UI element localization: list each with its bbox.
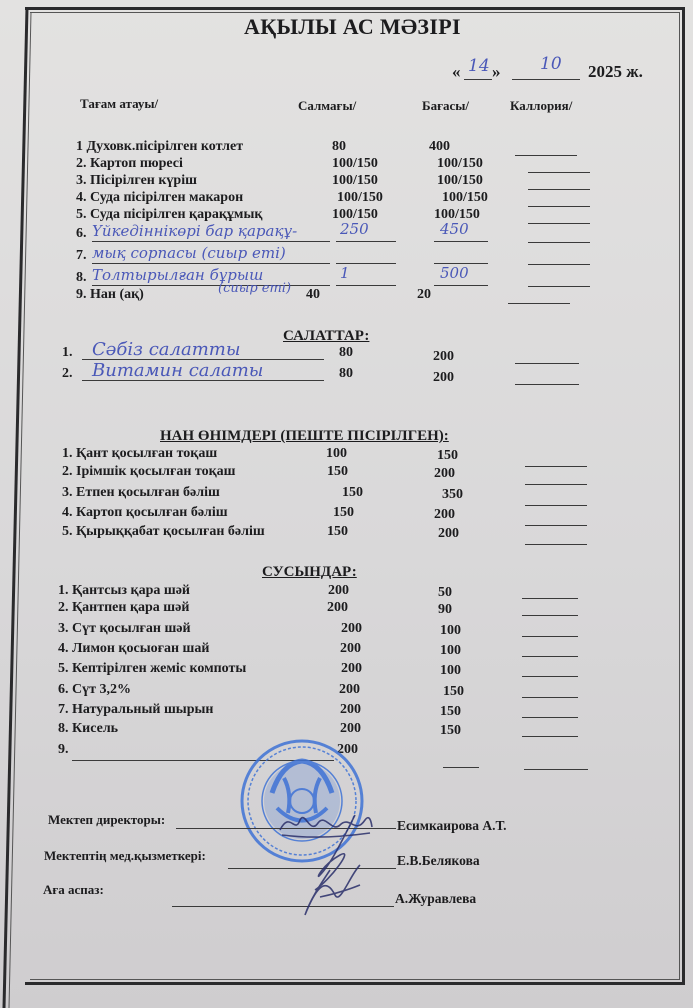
dish-price: 100/150 <box>437 173 483 189</box>
calories-blank <box>522 656 578 657</box>
calories-blank <box>528 189 590 190</box>
dish-number: 8. <box>76 270 87 286</box>
drink-name: 9. <box>58 742 69 758</box>
dish-name: 5. Суда пісірілген қарақұмық <box>76 207 262 223</box>
dish-weight: 100/150 <box>332 156 378 172</box>
calories-blank <box>522 676 578 677</box>
dish-note-handwritten: (сиыр еті) <box>218 281 291 296</box>
dish-price: 20 <box>417 287 431 303</box>
calories-blank <box>528 206 590 207</box>
calories-blank <box>528 223 590 224</box>
drink-weight: 200 <box>339 682 360 698</box>
salad-price: 200 <box>433 370 454 386</box>
column-header-name: Тағам атауы/ <box>80 96 158 112</box>
bakery-price: 200 <box>438 526 459 542</box>
dish-name: 4. Суда пісірілген макарон <box>76 190 243 206</box>
date-open-quote: « <box>452 62 461 82</box>
bakery-name: 1. Қант қосылған тоқаш <box>62 446 217 462</box>
calories-blank <box>522 615 578 616</box>
calories-blank <box>528 242 590 243</box>
calories-blank <box>522 697 578 698</box>
dish-name-handwritten: мық сорпасы (сиыр еті) <box>92 244 286 262</box>
date-day: 14 <box>468 56 490 76</box>
section-title-bakery: НАН ӨНІМДЕРІ (ПЕШТЕ ПІСІРІЛГЕН): <box>160 428 449 445</box>
calories-blank <box>515 363 579 364</box>
section-title-drinks: СУСЫНДАР: <box>262 564 357 581</box>
dish-weight: 100/150 <box>332 173 378 189</box>
drink-price: 100 <box>440 643 461 659</box>
bakery-name: 3. Етпен қосылған бәліш <box>62 485 220 501</box>
dish-weight: 40 <box>306 287 320 303</box>
calories-blank <box>525 484 587 485</box>
dish-weight: 100/150 <box>337 190 383 206</box>
drink-weight: 200 <box>341 621 362 637</box>
salad-weight: 80 <box>339 366 353 382</box>
handwritten-signatures <box>260 805 420 925</box>
date-year: 2025 ж. <box>588 62 643 82</box>
drink-price: 150 <box>440 723 461 739</box>
calories-blank <box>524 769 588 770</box>
calories-blank <box>525 525 587 526</box>
signature-label-director: Мектеп директоры: <box>48 812 165 828</box>
drink-weight: 200 <box>327 600 348 616</box>
salad-number: 2. <box>62 366 73 382</box>
drink-price: 150 <box>440 704 461 720</box>
calories-blank <box>515 384 579 385</box>
bakery-name: 2. Ірімшік қосылған тоқаш <box>62 464 236 480</box>
salad-name-handwritten: Витамин салаты <box>92 360 263 381</box>
calories-blank <box>522 598 578 599</box>
bakery-price: 350 <box>442 487 463 503</box>
dish-weight: 80 <box>332 139 346 155</box>
date-month: 10 <box>540 54 562 74</box>
salad-price: 200 <box>433 349 454 365</box>
drink-price: 100 <box>440 663 461 679</box>
document-title: АҚЫЛЫ АС МӘЗІРІ <box>244 14 461 40</box>
bakery-weight: 150 <box>327 524 348 540</box>
bakery-name: 4. Картоп қосылған бәліш <box>62 505 228 521</box>
section-title-salads: САЛАТТАР: <box>283 328 369 345</box>
dish-price: 100/150 <box>442 190 488 206</box>
bakery-price: 150 <box>437 448 458 464</box>
drink-name: 7. Натуральный шырын <box>58 702 213 718</box>
column-header-weight: Салмағы/ <box>298 98 356 114</box>
date-close-quote: » <box>492 62 501 82</box>
dish-price: 400 <box>429 139 450 155</box>
drink-name: 6. Сүт 3,2% <box>58 682 131 698</box>
dish-name-handwritten: Үйкедіннікөрі бар қарақұ- <box>92 222 297 240</box>
drink-name: 4. Лимон қосыоған шай <box>58 641 209 657</box>
price-blank <box>443 767 479 768</box>
bakery-weight: 150 <box>342 485 363 501</box>
bakery-weight: 150 <box>333 505 354 521</box>
bakery-name: 5. Қырыққабат қосылған бәліш <box>62 524 265 540</box>
drink-name: 8. Кисель <box>58 721 118 737</box>
calories-blank <box>525 544 587 545</box>
calories-blank <box>525 505 587 506</box>
calories-blank <box>515 155 577 156</box>
salad-name-handwritten: Сәбіз салатты <box>92 339 241 360</box>
drink-name: 2. Қантпен қара шәй <box>58 600 189 616</box>
dish-price: 100/150 <box>437 156 483 172</box>
dish-name: 1 Духовк.пісірілген котлет <box>76 139 243 155</box>
drink-weight: 200 <box>341 661 362 677</box>
calories-blank <box>522 717 578 718</box>
drink-name: 1. Қантсыз қара шәй <box>58 583 190 599</box>
bakery-price: 200 <box>434 466 455 482</box>
calories-blank <box>522 636 578 637</box>
bakery-weight: 100 <box>326 446 347 462</box>
bakery-price: 200 <box>434 507 455 523</box>
bakery-weight: 150 <box>327 464 348 480</box>
drink-weight: 200 <box>328 583 349 599</box>
drink-price: 90 <box>438 602 452 618</box>
calories-blank <box>508 303 570 304</box>
calories-blank <box>528 264 590 265</box>
dish-price: 450 <box>440 220 469 238</box>
drink-weight: 200 <box>340 641 361 657</box>
dish-name: 2. Картоп пюресі <box>76 156 183 172</box>
drink-price: 150 <box>443 684 464 700</box>
signature-label-chef: Аға аспаз: <box>43 882 104 898</box>
dish-number: 6. <box>76 226 87 242</box>
salad-number: 1. <box>62 345 73 361</box>
salad-weight: 80 <box>339 345 353 361</box>
column-header-price: Бағасы/ <box>422 98 469 114</box>
signature-label-medic: Мектептің мед.қызметкері: <box>44 848 206 864</box>
drink-weight: 200 <box>340 702 361 718</box>
drink-name: 3. Сүт қосылған шәй <box>58 621 191 637</box>
drink-price: 50 <box>438 585 452 601</box>
calories-blank <box>525 466 587 467</box>
calories-blank <box>522 736 578 737</box>
dish-name: 3. Пісірілген күріш <box>76 173 197 189</box>
dish-weight: 1 <box>340 264 350 282</box>
calories-blank <box>528 286 590 287</box>
calories-blank <box>528 172 590 173</box>
column-header-calories: Каллория/ <box>510 98 572 114</box>
dish-weight: 250 <box>340 220 369 238</box>
drink-name: 5. Кептірілген жеміс компоты <box>58 661 246 677</box>
dish-number: 7. <box>76 248 87 264</box>
dish-name: 9. Нан (ақ) <box>76 287 144 303</box>
dish-price: 500 <box>440 264 469 282</box>
drink-price: 100 <box>440 623 461 639</box>
